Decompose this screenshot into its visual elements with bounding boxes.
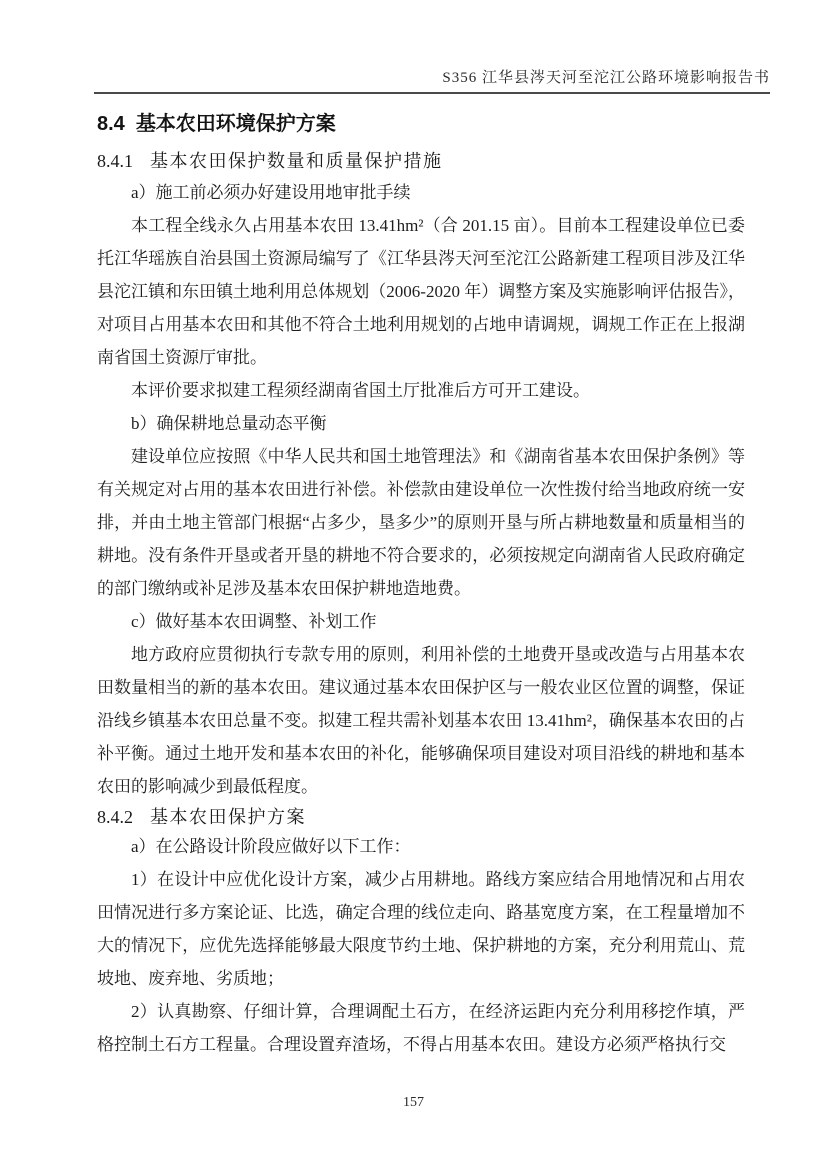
paragraph-list-item-b: b）确保耕地总量动态平衡 xyxy=(97,407,745,440)
page-number: 157 xyxy=(403,1095,424,1110)
section-heading-8-4: 8.4基本农田环境保护方案 xyxy=(97,111,745,137)
paragraph-body: 建设单位应按照《中华人民共和国土地管理法》和《湖南省基本农田保护条例》等有关规定… xyxy=(97,440,745,605)
paragraph-body: 地方政府应贯彻执行专款专用的原则，利用补偿的土地费开垦或改造与占用基本农田数量相… xyxy=(97,638,745,803)
subsection-number: 8.4.2 xyxy=(97,807,133,827)
section-number: 8.4 xyxy=(97,113,125,135)
paragraph-list-item-a: a）在公路设计阶段应做好以下工作： xyxy=(97,830,745,863)
document-body: 8.4基本农田环境保护方案 8.4.1基本农田保护数量和质量保护措施 a）施工前… xyxy=(97,111,745,1061)
paragraph-body: 本工程全线永久占用基本农田 13.41hm²（合 201.15 亩）。目前本工程… xyxy=(97,209,745,374)
paragraph-list-item-c: c）做好基本农田调整、补划工作 xyxy=(97,605,745,638)
subsection-title: 基本农田保护方案 xyxy=(150,807,306,827)
paragraph-numbered-item-1: 1）在设计中应优化设计方案，减少占用耕地。路线方案应结合用地情况和占用农田情况进… xyxy=(97,863,745,995)
page-footer: 157 xyxy=(0,1095,827,1111)
header-rule xyxy=(94,92,770,94)
paragraph-list-item-a: a）施工前必须办好建设用地审批手续 xyxy=(97,176,745,209)
paragraph-numbered-item-2: 2）认真勘察、仔细计算，合理调配土石方，在经济运距内充分利用移挖作填，严格控制土… xyxy=(97,995,745,1061)
page-header: S356 江华县涔天河至沱江公路环境影响报告书 xyxy=(94,68,770,94)
subsection-heading-8-4-1: 8.4.1基本农田保护数量和质量保护措施 xyxy=(97,149,745,174)
document-page: S356 江华县涔天河至沱江公路环境影响报告书 8.4基本农田环境保护方案 8.… xyxy=(0,0,827,1169)
paragraph-body: 本评价要求拟建工程须经湖南省国土厅批准后方可开工建设。 xyxy=(97,374,745,407)
subsection-heading-8-4-2: 8.4.2基本农田保护方案 xyxy=(97,805,745,830)
subsection-number: 8.4.1 xyxy=(97,151,133,171)
section-title: 基本农田环境保护方案 xyxy=(136,113,336,135)
subsection-title: 基本农田保护数量和质量保护措施 xyxy=(150,151,443,171)
running-head-title: S356 江华县涔天河至沱江公路环境影响报告书 xyxy=(94,68,770,88)
